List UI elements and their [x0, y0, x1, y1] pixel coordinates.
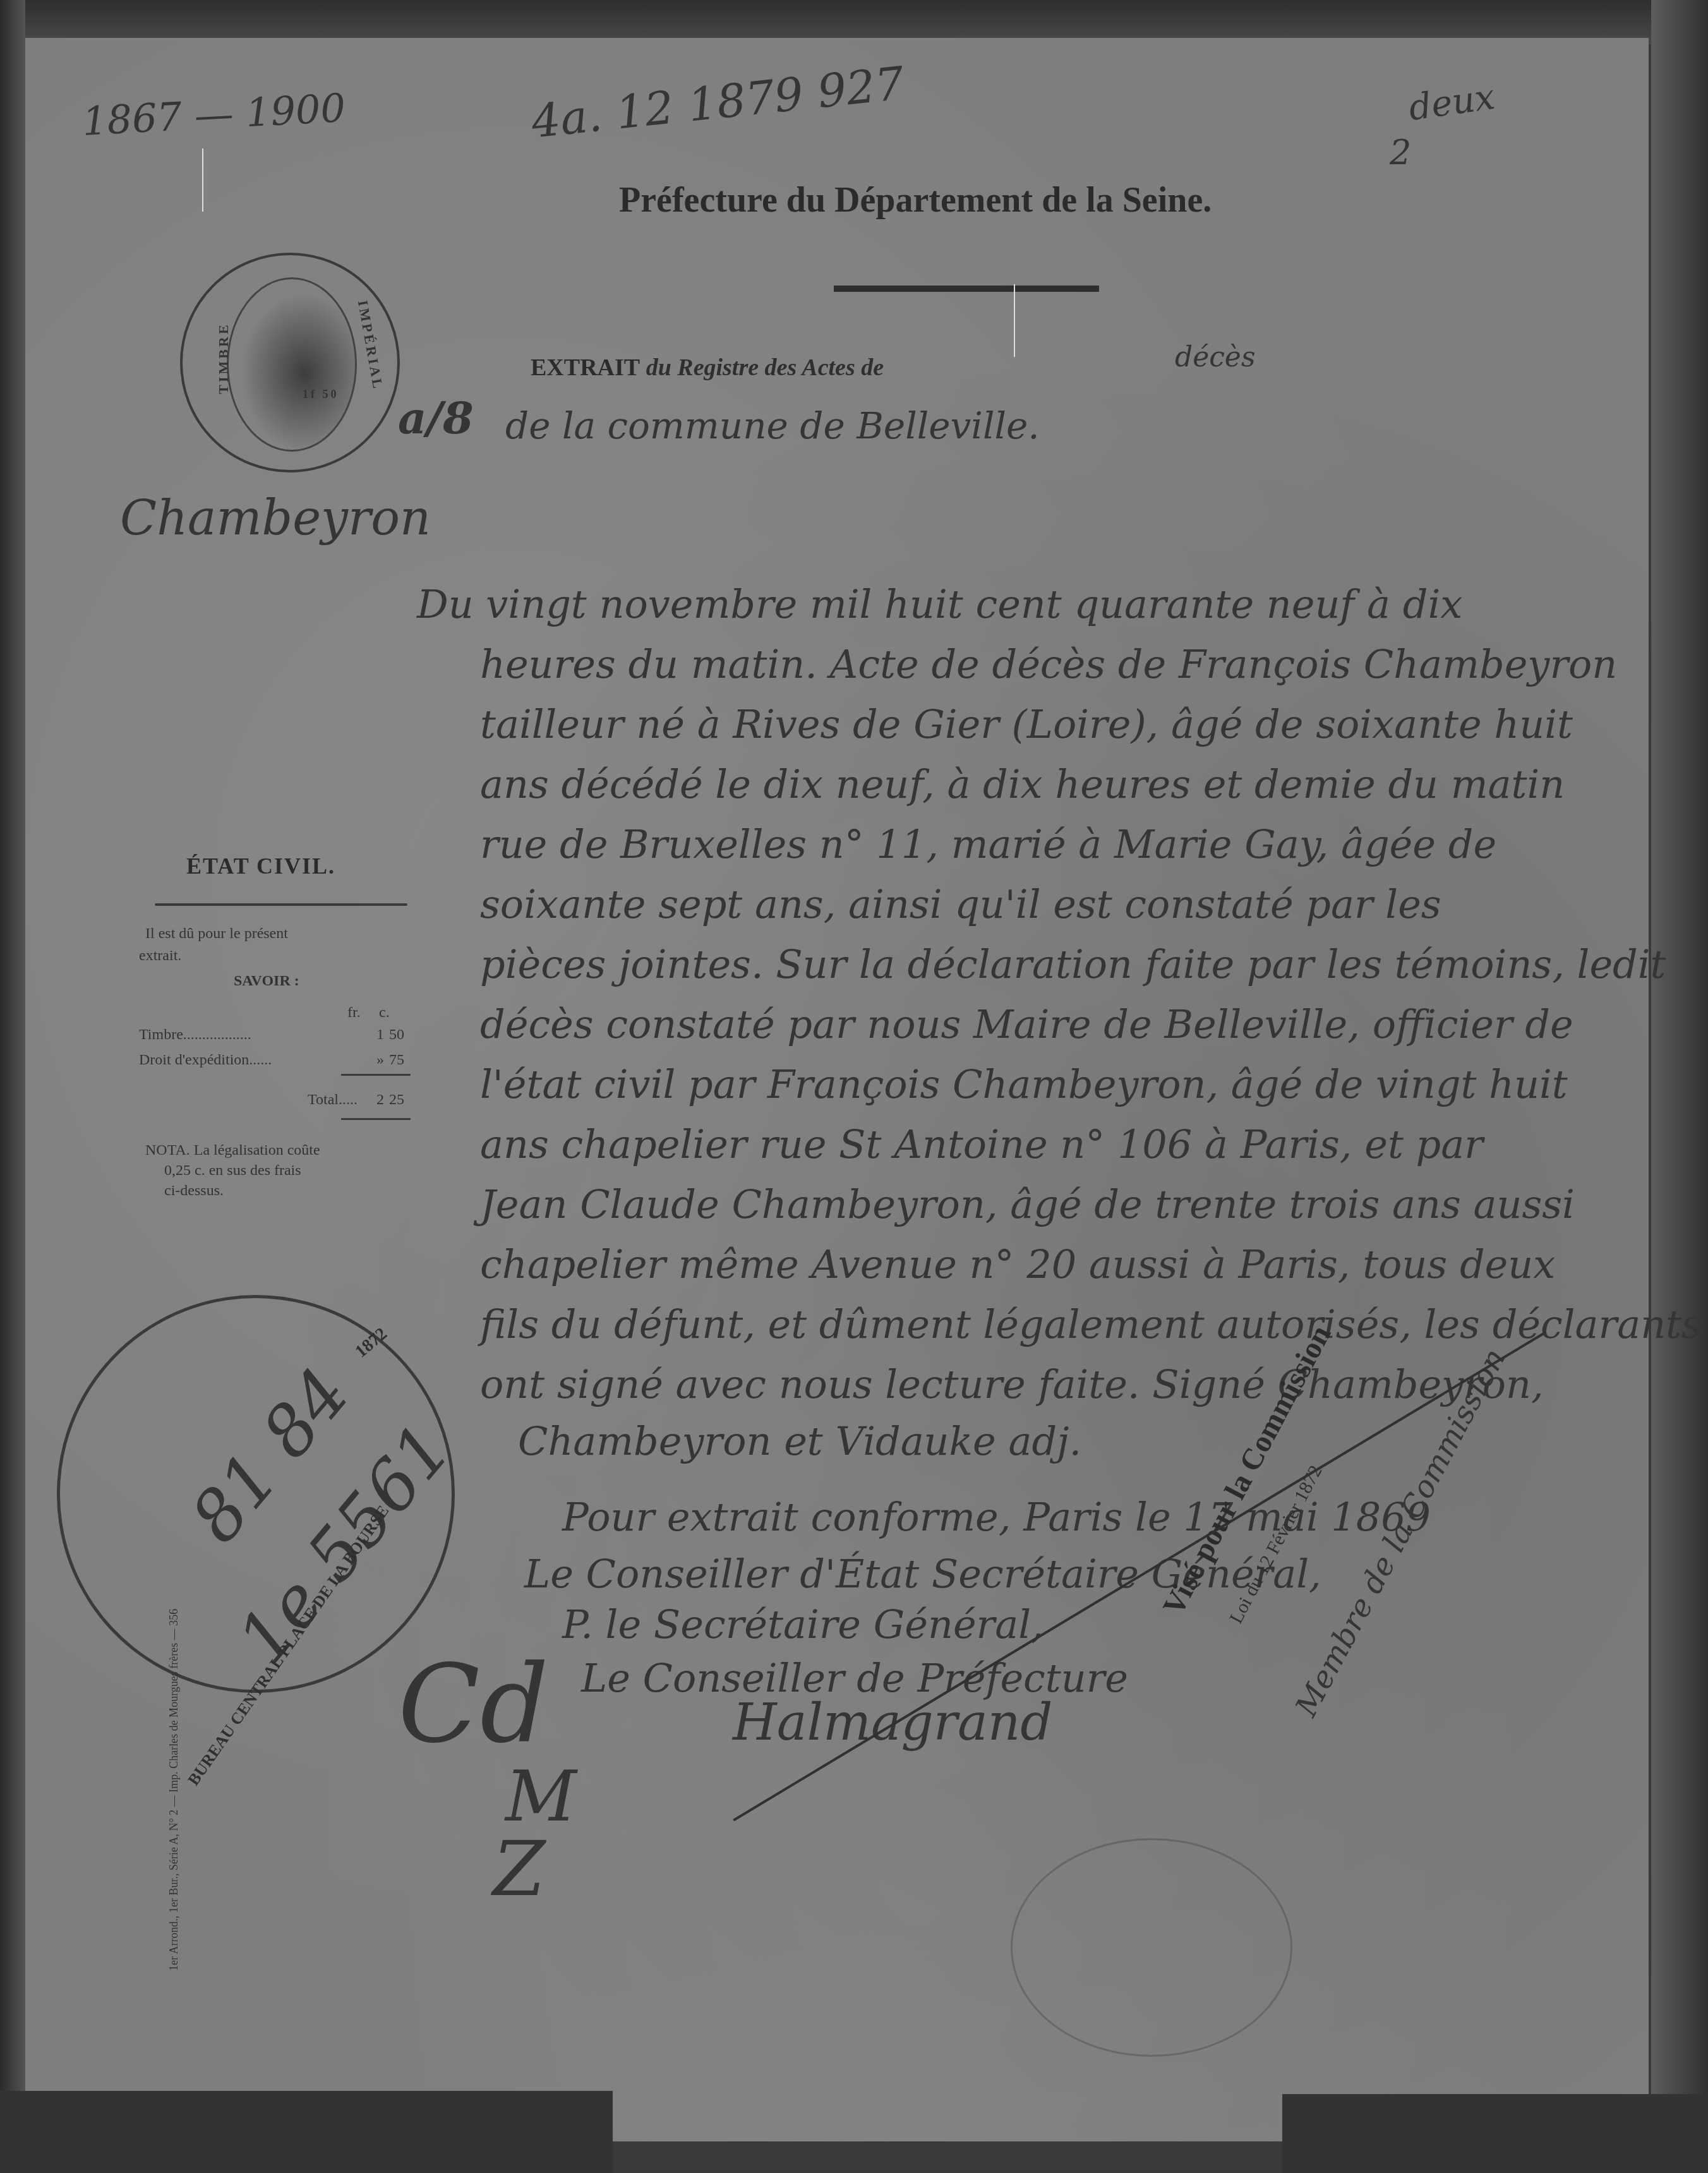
- extrait-register-text: du Registre des Actes de: [646, 354, 884, 381]
- fee-nota: 0,25 c. en sus des frais: [164, 1162, 301, 1179]
- seal-figure-icon: [227, 277, 357, 452]
- embossed-seal-ghost: [1011, 1838, 1292, 2057]
- document-page: 1867 — 1900 4a. 12 1879 927 deux 2 Préfe…: [25, 38, 1649, 2141]
- body-line: Jean Claude Chambeyron, âgé de trente tr…: [480, 1181, 1575, 1227]
- extrait-label: EXTRAIT: [531, 354, 640, 381]
- archive-note-top-right-sub: 2: [1390, 133, 1411, 172]
- initials-bottom: Z: [493, 1826, 545, 1913]
- act-type: décès: [1175, 341, 1255, 373]
- fee-fr: »: [376, 1052, 384, 1068]
- seal-label-left: TIMBRE: [215, 322, 232, 394]
- archive-note-top-right: deux: [1406, 76, 1497, 129]
- scan-holder-tab-left: [0, 2091, 613, 2173]
- page-title: Préfecture du Département de la Seine.: [619, 180, 1212, 220]
- fee-total-row: Total..... 2 25: [139, 1092, 404, 1109]
- fee-total-fr: 2: [376, 1092, 384, 1108]
- printer-imprint: 1er Arrond., 1er Bur., Série A, N° 2 — I…: [167, 1693, 186, 1977]
- etat-civil-rule: [155, 903, 407, 906]
- seal-denomination: 1f 50: [303, 388, 339, 401]
- fee-note-line: extrait.: [139, 948, 181, 965]
- paper-crease: [1014, 284, 1015, 357]
- fee-row: Droit d'expédition...... » 75: [139, 1052, 404, 1069]
- body-line: rue de Bruxelles n° 11, marié à Marie Ga…: [480, 821, 1496, 867]
- margin-surname: Chambeyron: [120, 490, 431, 546]
- body-line: heures du matin. Acte de décès de Franço…: [480, 641, 1617, 687]
- fee-col-c: c.: [379, 1004, 390, 1021]
- scan-frame-left: [0, 0, 25, 2173]
- body-line: l'état civil par François Chambeyron, âg…: [480, 1061, 1568, 1107]
- etat-civil-heading: ÉTAT CIVIL.: [186, 853, 335, 879]
- body-line: ont signé avec nous lecture faite. Signé…: [480, 1361, 1544, 1407]
- extrait-heading: EXTRAIT du Registre des Actes de: [531, 354, 884, 382]
- body-line: fils du défunt, et dûment légalement aut…: [480, 1301, 1702, 1347]
- fee-total-c: 25: [389, 1092, 404, 1108]
- scan-frame-right: [1651, 0, 1708, 2173]
- fee-c: 75: [389, 1052, 404, 1068]
- fee-col-fr: fr.: [347, 1004, 361, 1021]
- printer-imprint-text: 1er Arrond., 1er Bur., Série A, N° 2 — I…: [167, 1609, 181, 1971]
- fee-fr: 1: [376, 1026, 384, 1043]
- fee-c: 50: [389, 1026, 404, 1043]
- seal-label-right: IMPÉRIAL: [354, 299, 387, 392]
- fee-row: Timbre.................. 1 50: [139, 1026, 404, 1044]
- commune-name: de la commune de Belleville.: [505, 404, 1040, 447]
- archive-reference-number: 4a. 12 1879 927: [529, 56, 906, 148]
- body-line: décès constaté par nous Maire de Bellevi…: [480, 1001, 1573, 1047]
- fee-note-line: Il est dû pour le présent: [145, 925, 288, 942]
- fee-rule: [341, 1118, 411, 1120]
- body-line: ans décédé le dix neuf, à dix heures et …: [480, 761, 1565, 807]
- initials-flourish: Cd: [398, 1642, 549, 1767]
- body-line: soixante sept ans, ainsi qu'il est const…: [480, 881, 1441, 927]
- body-line: Du vingt novembre mil huit cent quarante…: [417, 581, 1462, 627]
- fee-savoir: SAVOIR :: [234, 973, 299, 990]
- body-line: chapelier même Avenue n° 20 aussi à Pari…: [480, 1241, 1555, 1287]
- title-rule: [834, 286, 1099, 292]
- margin-mark: a/8: [398, 392, 474, 444]
- fee-label: Droit d'expédition......: [139, 1052, 272, 1069]
- fee-rule: [341, 1074, 411, 1076]
- fee-total-label: Total.....: [308, 1092, 358, 1109]
- fee-nota: ci-dessus.: [164, 1183, 224, 1200]
- archive-reference-years: 1867 — 1900: [81, 85, 346, 145]
- body-line: ans chapelier rue St Antoine n° 106 à Pa…: [480, 1121, 1483, 1167]
- scan-holder-tab-right: [1282, 2094, 1708, 2173]
- body-line: Chambeyron et Vidauke adj.: [518, 1418, 1081, 1464]
- initials-lower: M: [505, 1756, 577, 1837]
- body-line: tailleur né à Rives de Gier (Loire), âgé…: [480, 701, 1573, 747]
- paper-crease: [202, 148, 203, 212]
- certification-line: P. le Secrétaire Général,: [562, 1601, 1043, 1647]
- tax-stamp-seal: TIMBRE IMPÉRIAL 1f 50: [180, 253, 400, 473]
- body-line: pièces jointes. Sur la déclaration faite…: [480, 941, 1666, 987]
- fee-label: Timbre..................: [139, 1026, 251, 1044]
- fee-nota: NOTA. La légalisation coûte: [145, 1142, 320, 1159]
